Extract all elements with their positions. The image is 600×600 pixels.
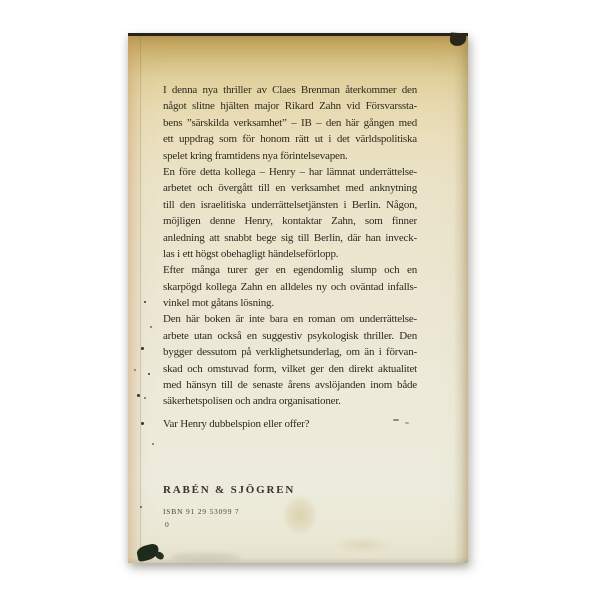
speck-stain	[148, 373, 150, 375]
blurb-line: säkerhetspolisen och andra organisatione…	[163, 393, 417, 409]
ink-blotch-stain	[154, 551, 165, 561]
blurb-line: spelet kring framtidens nya förintelseva…	[163, 148, 417, 164]
blurb-line: I denna nya thriller av Claes Brenman åt…	[163, 82, 417, 98]
photo-background: I denna nya thriller av Claes Brenman åt…	[0, 0, 600, 600]
speck-stain	[144, 301, 146, 303]
blurb-line: arbetet och övergått till en verksamhet …	[163, 180, 417, 196]
blurb-question-line: Var Henry dubbelspion eller offer?	[163, 416, 417, 432]
pencil-mark	[405, 422, 409, 424]
pencil-mark	[393, 419, 399, 421]
blurb-line: skad och omstuvad form, vilket ger den d…	[163, 361, 417, 377]
speck-stain	[140, 506, 142, 508]
speck-stain	[141, 347, 144, 350]
corner-stain	[450, 32, 467, 46]
blurb-line: anledning att snabbt bege sig till Berli…	[163, 230, 417, 246]
blurb-line: till den israelitiska underrättelsetjäns…	[163, 197, 417, 213]
blurb-line: ett uppdrag som för honom rätt ut i det …	[163, 131, 417, 147]
blurb-line: något slitne hjälten major Rikard Zahn v…	[163, 98, 417, 114]
blurb-line: arbete utan också en suggestiv psykologi…	[163, 328, 417, 344]
speck-stain	[150, 326, 152, 328]
publisher-name: RABÉN & SJÖGREN	[163, 484, 295, 496]
blurb-line: vinkel mot gåtans lösning.	[163, 295, 417, 311]
cover-crease	[140, 36, 141, 563]
yellow-stain	[324, 534, 402, 556]
smudge-stain	[170, 553, 240, 561]
isbn-number: ISBN 91 29 53099 7	[163, 507, 240, 516]
print-code: 0	[165, 520, 169, 529]
speck-stain	[144, 397, 146, 399]
blurb-line: Den här boken är inte bara en roman om u…	[163, 311, 417, 327]
blurb-line: las i ett högst obehagligt händelseförlo…	[163, 246, 417, 262]
blurb-line: möjligen denne Henry, kontaktar Zahn, so…	[163, 213, 417, 229]
blurb-line: bygger dessutom på verklighetsunderlag, …	[163, 344, 417, 360]
back-cover-blurb: I denna nya thriller av Claes Brenman åt…	[163, 82, 417, 432]
speck-stain	[134, 369, 136, 371]
blurb-line: skarpögd kollega Zahn en alldeles ny och…	[163, 279, 417, 295]
yellow-stain	[277, 489, 323, 541]
speck-stain	[137, 394, 140, 397]
blurb-line: bens ”särskilda verksamhet” – IB – den h…	[163, 115, 417, 131]
blurb-line: En före detta kollega – Henry – har lämn…	[163, 164, 417, 180]
speck-stain	[152, 443, 154, 445]
blurb-line: Efter många turer ger en egendomlig slum…	[163, 262, 417, 278]
speck-stain	[141, 422, 144, 425]
blurb-line: med hänsyn till de senaste årens avslöja…	[163, 377, 417, 393]
book-back-cover: I denna nya thriller av Claes Brenman åt…	[128, 33, 468, 563]
